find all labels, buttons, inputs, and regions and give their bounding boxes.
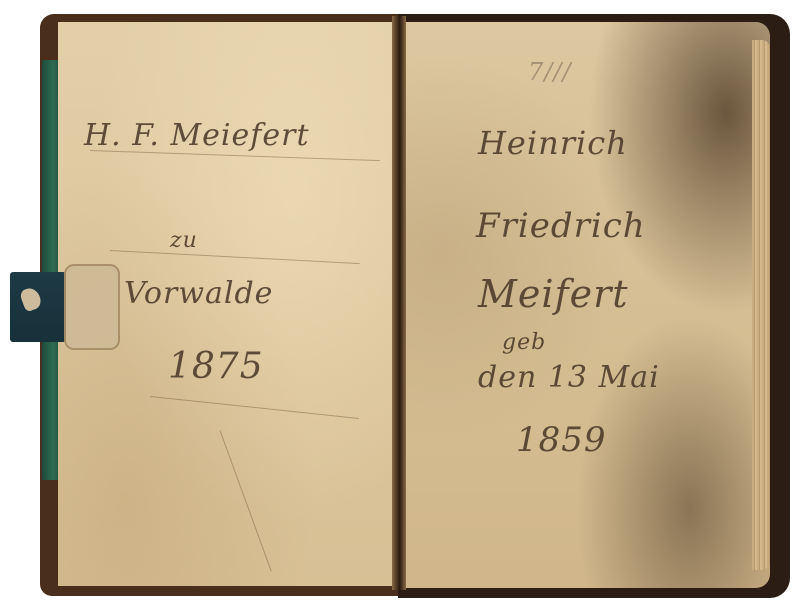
year-inscription: 1875 (168, 346, 264, 387)
owner-name-inscription: H. F. Meiefert (84, 118, 310, 153)
zu-inscription: zu (170, 228, 198, 253)
book-gutter-spine (392, 16, 406, 590)
open-book-photo: H. F. Meiefert zu Vorwalde 1875 7/// Hei… (0, 0, 800, 614)
first-name-inscription: Heinrich (478, 124, 628, 162)
birth-date-inscription: den 13 Mai (478, 360, 660, 395)
clasp-glue-patch (64, 264, 120, 350)
place-inscription: Vorwalde (124, 276, 273, 311)
second-name-inscription: Friedrich (476, 206, 646, 246)
birth-year-inscription: 1859 (516, 420, 607, 460)
faint-pencil-mark: 7/// (528, 58, 572, 86)
geb-inscription: geb (502, 330, 546, 355)
surname-inscription: Meifert (478, 272, 629, 316)
page-block-edges (752, 40, 770, 570)
